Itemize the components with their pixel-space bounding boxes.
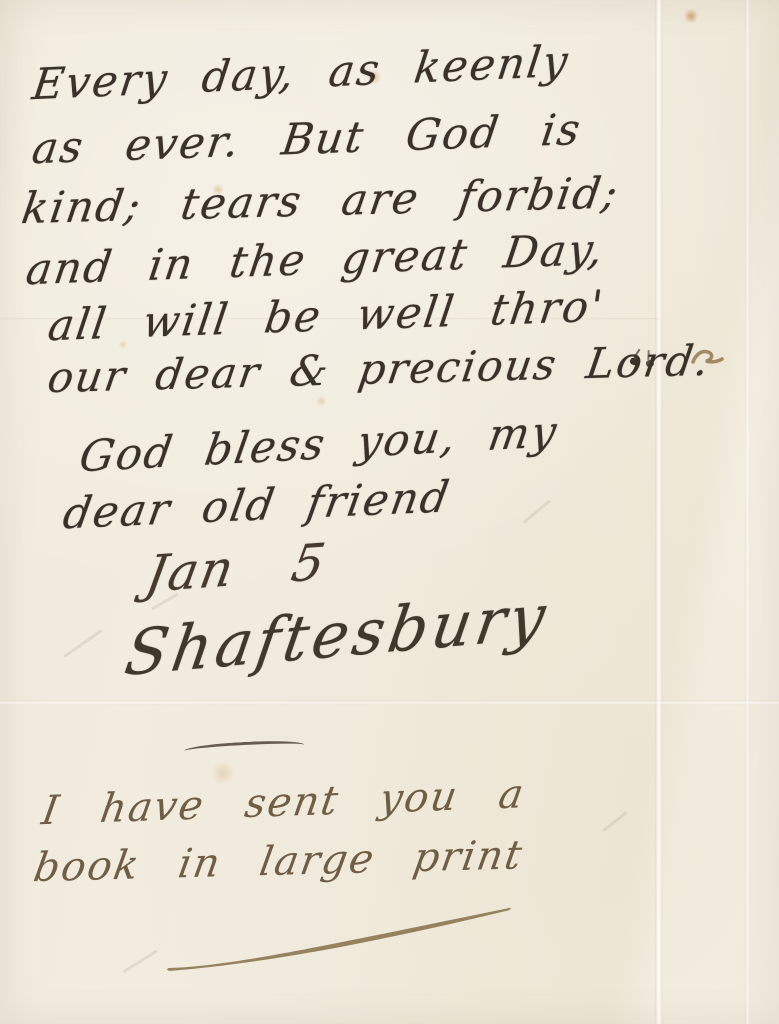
foxing-stain [316, 396, 327, 406]
show-through-mark [122, 950, 158, 974]
body-line: kind; tears are forbid; [18, 168, 622, 234]
date-line: Jan 5 [142, 532, 332, 603]
vertical-fold-crease [655, 0, 663, 1024]
show-through-mark [63, 629, 102, 658]
flourish-underline [160, 900, 519, 981]
postscript-line: book in large print [30, 832, 527, 891]
show-through-mark [523, 499, 551, 523]
letter-page: Every day, as keenly as ever. But God is… [0, 0, 779, 1024]
closing-line: dear old friend [60, 472, 455, 539]
show-through-mark [602, 811, 627, 832]
closing-line: God bless you, my [76, 407, 562, 483]
signature-dash [184, 739, 304, 752]
vertical-fold-crease-right-edge [745, 0, 750, 1024]
foxing-stain [684, 8, 698, 24]
horizontal-fold-crease [0, 700, 779, 705]
body-line: as ever. But God is [29, 105, 585, 174]
postscript-line: I have sent you a [39, 771, 529, 834]
body-line: Every day, as keenly [29, 37, 572, 111]
